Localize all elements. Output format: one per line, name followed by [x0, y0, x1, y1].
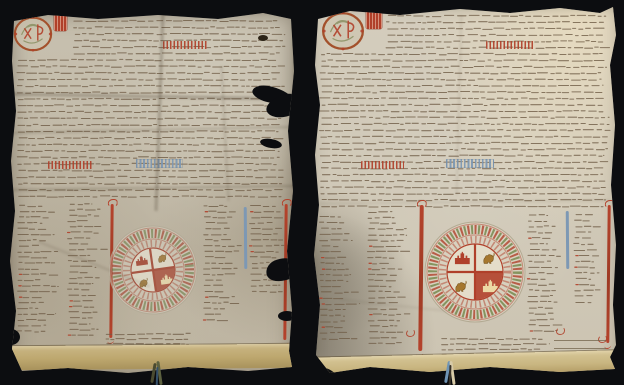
seal-cord	[156, 367, 159, 385]
edge-damage-blob	[2, 329, 20, 345]
edge-damage-blob	[278, 311, 296, 321]
left-charter	[8, 11, 295, 377]
rubric-word-red-top	[486, 41, 534, 49]
edge-damage-blob	[68, 5, 94, 17]
ruled-line	[554, 348, 606, 349]
rubric-word-red-mid	[48, 161, 92, 169]
rubric-word-blue-mid	[136, 159, 183, 168]
witness-column	[202, 201, 244, 321]
rubric-word-blue-mid	[446, 159, 494, 168]
ink-spot	[258, 35, 268, 41]
column-divider-blue	[566, 211, 570, 269]
witness-column	[366, 207, 414, 347]
right-parchment	[310, 5, 619, 375]
seal-cord-remnant	[146, 361, 170, 385]
seal-cord-remnant	[438, 361, 466, 385]
chrismon-medallion-icon	[320, 9, 366, 51]
body-text-block	[15, 15, 287, 205]
witness-column	[16, 201, 62, 333]
column-divider-red	[606, 205, 610, 343]
illuminated-initial	[366, 7, 382, 29]
column-divider-blue	[244, 207, 248, 269]
rota-seal	[100, 217, 206, 323]
seal-cord	[449, 365, 452, 385]
chrismon-medallion-icon	[12, 13, 54, 53]
witness-column	[572, 210, 606, 308]
witness-column	[318, 212, 362, 340]
rubric-word-red-mid	[361, 161, 404, 169]
rubric-word-red-top	[163, 41, 208, 49]
ruled-line	[554, 340, 606, 341]
illuminated-initial	[54, 12, 67, 31]
right-charter	[310, 5, 619, 375]
witness-column	[526, 210, 564, 336]
left-parchment	[8, 11, 295, 377]
manuscripts-photo	[0, 0, 624, 385]
